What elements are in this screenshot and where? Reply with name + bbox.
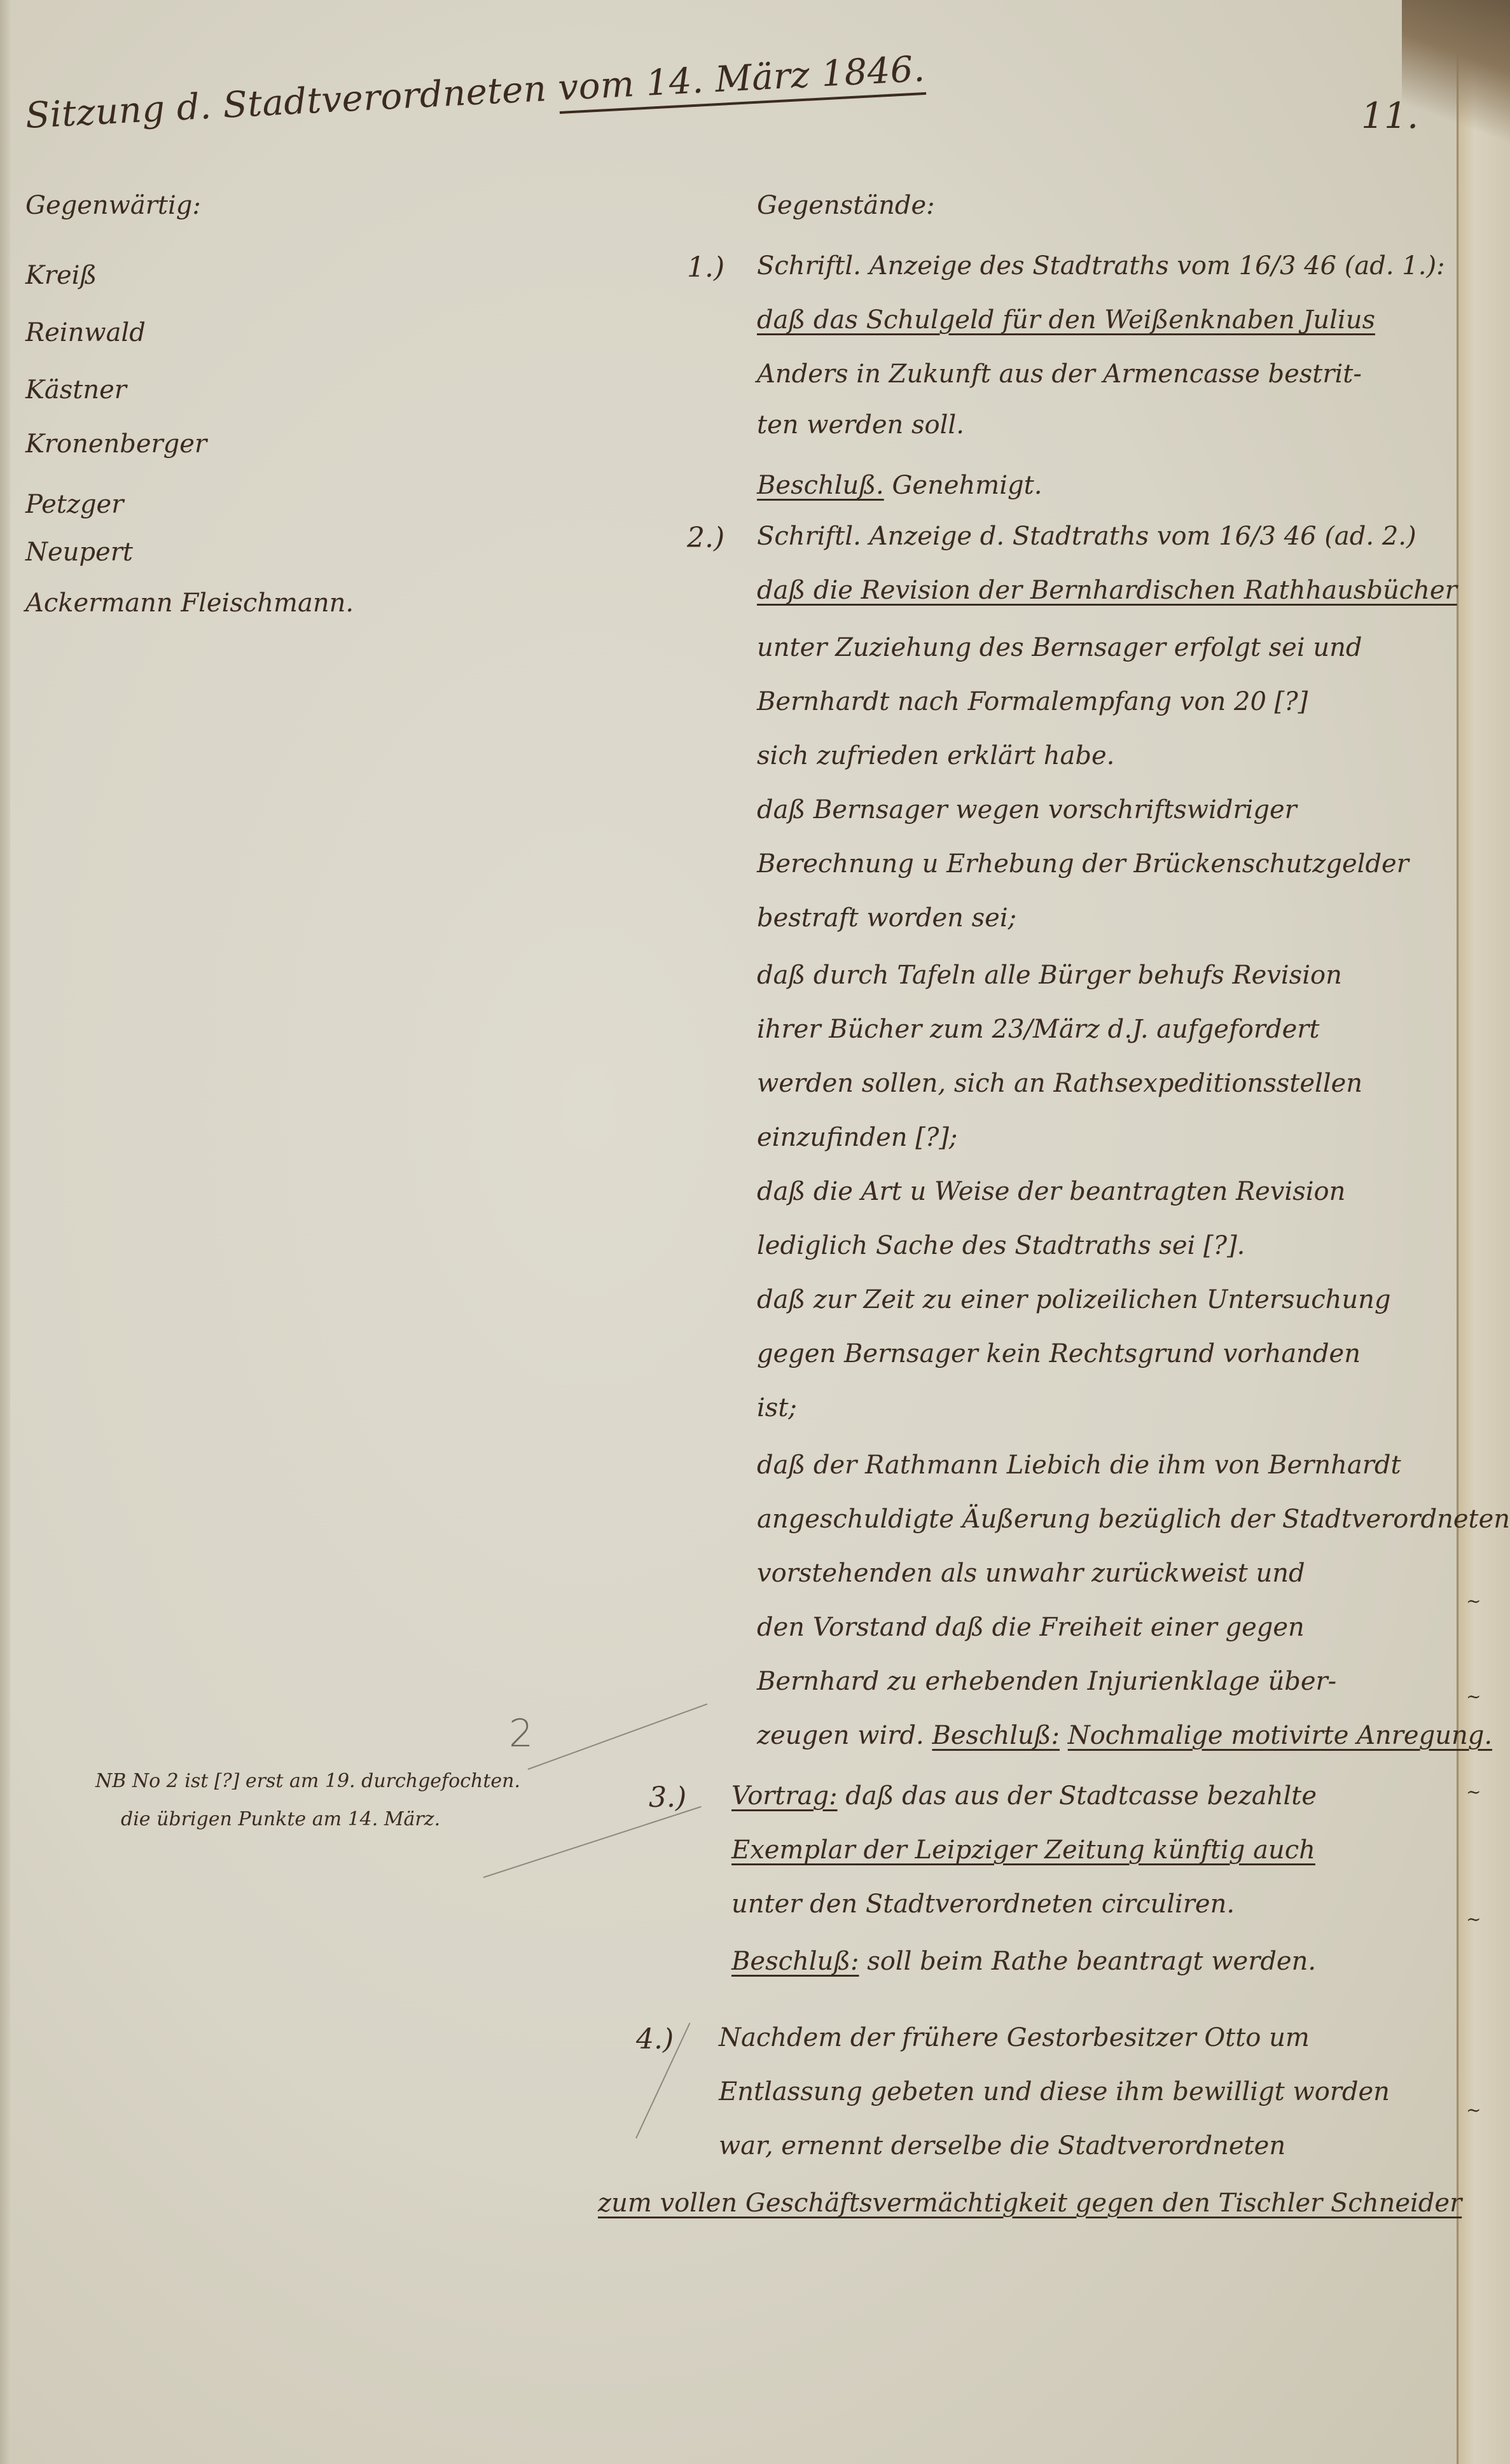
item-line: Bernhard zu erhebenden Injurienklage übe… <box>757 1667 1336 1696</box>
adjacent-page-fragment: ~ <box>1466 1686 1481 1707</box>
item-line: Nachdem der frühere Gestorbesitzer Otto … <box>719 2023 1310 2052</box>
binding-edge <box>0 0 10 2464</box>
item-line: daß die Revision der Bernhardischen Rath… <box>757 576 1457 605</box>
decision-text: Nochmalige motivirte Anregung. <box>1068 1721 1492 1750</box>
item-line: ten werden soll. <box>757 410 964 440</box>
item-line: war, ernennt derselbe die Stadtverordnet… <box>719 2131 1285 2161</box>
item-line: daß zur Zeit zu einer polizeilichen Unte… <box>757 1285 1391 1314</box>
item-line: Entlassung gebeten und diese ihm bewilli… <box>719 2077 1390 2106</box>
attendee-name: Kreiß <box>25 261 97 290</box>
item-line: unter Zuziehung des Bernsager erfolgt se… <box>757 633 1362 662</box>
decision-text: Genehmigt. <box>892 471 1042 500</box>
item-line: Schriftl. Anzeige d. Stadtraths vom 16/3… <box>757 522 1416 551</box>
item-line: Anders in Zukunft aus der Armencasse bes… <box>757 359 1362 389</box>
item-line: Exemplar der Leipziger Zeitung künftig a… <box>731 1835 1315 1865</box>
attendees-label: Gegenwärtig: <box>25 191 201 220</box>
item-line: lediglich Sache des Stadtraths sei [?]. <box>757 1231 1245 1260</box>
item-number: 2.) <box>687 522 724 554</box>
adjacent-page-fragment: ~ <box>1466 1909 1481 1930</box>
margin-note-line: die übrigen Punkte am 14. März. <box>95 1800 520 1839</box>
item-line: zeugen wird. <box>757 1721 924 1750</box>
attendee-name: Kästner <box>25 375 127 405</box>
item-line: bestraft worden sei; <box>757 903 1016 933</box>
worn-page-corner <box>1402 0 1510 165</box>
item-line: angeschuldigte Äußerung bezüglich der St… <box>757 1505 1510 1534</box>
item-line: daß der Rathmann Liebich die ihm von Ber… <box>757 1451 1401 1480</box>
item-line: Bernhardt nach Formalempfang von 20 [?] <box>757 687 1308 716</box>
adjacent-page-edge <box>1459 0 1510 2464</box>
pencil-mark: 2 <box>509 1711 533 1756</box>
item-line: sich zufrieden erklärt habe. <box>757 741 1114 770</box>
item-line: zum vollen Geschäftsvermächtigkeit gegen… <box>598 2189 1462 2218</box>
attendee-name: Reinwald <box>25 318 146 347</box>
item-number: 3.) <box>649 1781 686 1814</box>
item-number: 1.) <box>687 251 724 284</box>
manuscript-spread: Sitzung d. Stadtverordneten vom 14. März… <box>0 0 1510 2464</box>
item-line: daß die Art u Weise der beantragten Revi… <box>757 1177 1345 1206</box>
item-line: daß durch Tafeln alle Bürger behufs Revi… <box>757 961 1342 990</box>
item-line: ihrer Bücher zum 23/März d.J. aufgeforde… <box>757 1015 1319 1044</box>
decision-label: Beschluß: <box>731 1947 859 1976</box>
item-line: gegen Bernsager kein Rechtsgrund vorhand… <box>757 1339 1361 1368</box>
item-line: daß Bernsager wegen vorschriftswidriger <box>757 795 1297 825</box>
item-line: Berechnung u Erhebung der Brückenschutzg… <box>757 849 1409 879</box>
decision: Beschluß. Genehmigt. <box>757 471 1042 500</box>
decision-label: Beschluß. <box>757 471 884 500</box>
item-line: unter den Stadtverordneten circuliren. <box>731 1890 1235 1919</box>
vortrag-label: Vortrag: <box>731 1781 838 1811</box>
decision-text: soll beim Rathe beantragt werden. <box>867 1947 1316 1976</box>
item-line: vorstehenden als unwahr zurückweist und <box>757 1559 1305 1588</box>
attendee-name: Kronenberger <box>25 429 207 459</box>
folio-number: 11. <box>1361 95 1419 137</box>
item-line: werden sollen, sich an Rathsexpeditionss… <box>757 1069 1362 1098</box>
margin-note-line: NB No 2 ist [?] erst am 19. durchgefocht… <box>95 1762 520 1800</box>
item-line: Vortrag: daß das aus der Stadtcasse beza… <box>731 1781 1317 1811</box>
adjacent-page-fragment: ~ <box>1466 1590 1481 1611</box>
item-line: einzufinden [?]; <box>757 1123 957 1152</box>
item-number: 4.) <box>636 2023 674 2056</box>
attendee-name: Neupert <box>25 538 133 567</box>
item-line: ist; <box>757 1393 797 1423</box>
item-line: Schriftl. Anzeige des Stadtraths vom 16/… <box>757 251 1445 281</box>
attendee-name: Petzger <box>25 490 123 519</box>
item-line: den Vorstand daß die Freiheit einer gege… <box>757 1613 1305 1642</box>
agenda-label: Gegenstände: <box>757 191 935 220</box>
adjacent-page-fragment: ~ <box>1466 1781 1481 1802</box>
decision-label: Beschluß: <box>932 1721 1060 1750</box>
item-line-with-decision: zeugen wird. Beschluß: Nochmalige motivi… <box>757 1721 1492 1750</box>
attendee-name: Ackermann Fleischmann. <box>25 588 354 618</box>
item-text: daß das aus der Stadtcasse bezahlte <box>845 1781 1317 1811</box>
adjacent-page-fragment: ~ <box>1466 2099 1481 2120</box>
item-line: daß das Schulgeld für den Weißenknaben J… <box>757 305 1375 335</box>
decision: Beschluß: soll beim Rathe beantragt werd… <box>731 1947 1316 1976</box>
margin-note: NB No 2 ist [?] erst am 19. durchgefocht… <box>95 1762 520 1839</box>
